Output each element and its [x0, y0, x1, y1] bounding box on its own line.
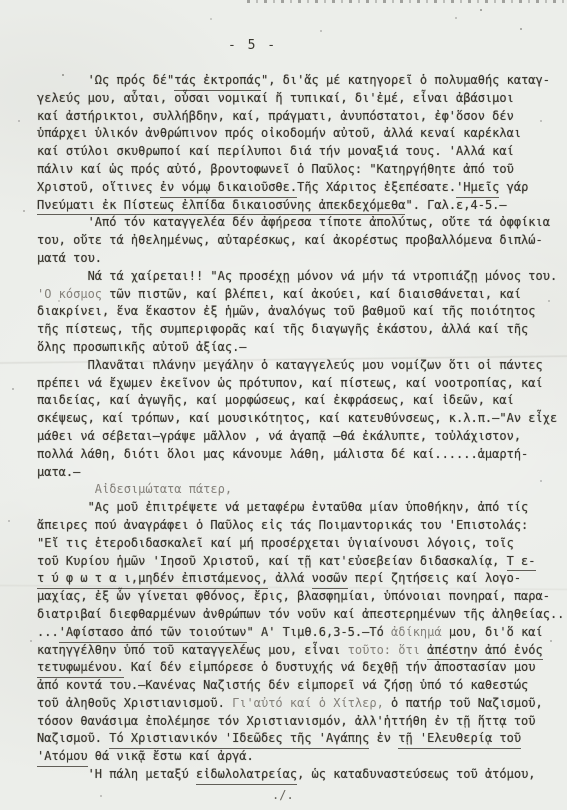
- text-line: ὑπάρχει ὑλικόν ἀνθρώπινον πρός οἰκοδομήν…: [37, 125, 557, 143]
- text-segment: ἐν: [369, 730, 398, 748]
- text-segment: ἀπό κοντά του.—Κανένας Ναζιστής δέν εἰμπ…: [37, 677, 528, 695]
- text-line: "Ας μοῦ ἐπιτρέψετε νά μεταφέρω ἐνταῦθα μ…: [37, 499, 557, 517]
- text-line: τῆς πίστεως, τῆς συμπεριφορᾶς καί τῆς δι…: [37, 321, 557, 339]
- text-line: του, οὔτε τά ἠθελημένως, αὐταρέσκως, καί…: [37, 232, 557, 250]
- text-segment: περί ζητήσεις καί λογο-: [348, 570, 521, 588]
- text-segment: καί ἀστήρικτοι, συλλήβδην, καί, πράγματι…: [37, 108, 514, 126]
- text-line: ὅλης προσωπικῆς αὐτοῦ ἀξίας.—: [37, 339, 557, 357]
- text-line: Πλανᾶται πλάνην μεγάλην ὁ καταγγελεύς μο…: [37, 357, 557, 375]
- text-line: ματά του.: [37, 250, 557, 268]
- text-line: πάλιν καί ὡς πρός αὐτό, βροντοφωνεῖ ὁ Πα…: [37, 161, 557, 179]
- text-segment: πολλά λάθη, διότι ὅλοι μας κάνουμε λάθη,…: [37, 446, 528, 464]
- text-line: πρέπει νά ἔχωμεν ἐκεῖνον ὡς πρότυπον, κα…: [37, 375, 557, 393]
- text-line: διακρίνει, ἕνα ἕκαστον ἐξ ἡμῶν, ἀναλόγως…: [37, 303, 557, 321]
- text-segment: τῶν πιστῶν, καί βλέπει, καί ἀκούει, καί …: [102, 286, 521, 304]
- text-line: καί ἀστήρικτοι, συλλήβδην, καί, πράγματι…: [37, 108, 557, 126]
- underlined-text: 'Αφίστασο ἀπό τῶν τοιούτων: [59, 624, 247, 643]
- underlined-text: τῇ 'Ελευθερίᾳ τοῦ: [398, 730, 521, 749]
- text-segment: μάθει νά σέβεται—γράψε μᾶλλον , νά ἀγαπᾷ…: [37, 428, 521, 446]
- text-line: 'Από τόν καταγγελέα δέν ἀφήρεσα τίποτε ἀ…: [37, 214, 557, 232]
- text-line: τοῦ ἀληθοῦς Χριστιανισμοῦ. Γι'αὐτό καί ὁ…: [37, 695, 557, 713]
- underlined-text: τετυφωμένου.: [37, 659, 124, 678]
- text-segment: Γι'αὐτό καί ὁ Χίτλερ,: [232, 695, 384, 713]
- text-line: σκέψεως, καί τρόπων, καί μουσικότητος, κ…: [37, 410, 557, 428]
- text-line: Ναζισμοῦ. Τό Χριστιανικόν 'Ιδεῶδες τῆς '…: [37, 730, 557, 748]
- text-segment: ". Γαλ.ε,4-5.—: [405, 197, 506, 215]
- text-line: Πνεύματι ἐκ Πίστεως ἐλπίδα δικαιοσύνης ἀ…: [37, 197, 557, 215]
- text-segment: 'Ο κόσμος: [37, 286, 102, 304]
- text-segment: ὅλης προσωπικῆς αὐτοῦ ἀξίας.—: [37, 339, 247, 357]
- text-segment: ὑπάρχει ὑλικόν ἀνθρώπινον πρός οἰκοδομήν…: [37, 125, 521, 143]
- text-segment: Νά τά χαίρεται!! "Ας προσέχῃ μόνον νά μή…: [37, 268, 557, 286]
- document-page: - 5 - 'Ως πρός δέ"τάς ἐκτροπάς", δι'ἅς μ…: [0, 0, 567, 810]
- underlined-text: Πνεύματι ἐκ Πίστεως ἐλπίδα δικαιοσύνης ἀ…: [37, 197, 405, 216]
- text-line: μαχίας, ἐξ ὧν γίνεται φθόνος, ἔρις, βλασ…: [37, 588, 557, 606]
- text-segment: καί στύλοι σκυθρωποί καί περίλυποι διά τ…: [37, 143, 514, 161]
- text-segment: 'Η πάλη μεταξύ: [37, 766, 196, 784]
- text-segment: Ναζισμοῦ.: [37, 730, 109, 748]
- text-line: 'Ατόμου θά νικᾷ ἔστω καί ἀργά.: [37, 748, 557, 766]
- text-segment: ὁ πατήρ τοῦ Ναζισμοῦ,: [384, 695, 543, 713]
- text-segment: τοῦ ἀληθοῦς Χριστιανισμοῦ.: [37, 695, 232, 713]
- text-segment: θά νικᾷ ἔστω καί ἀργά.: [88, 748, 254, 766]
- underlined-text: εἰδωλολατρείας: [196, 766, 297, 785]
- text-line: τετυφωμένου. Καί δέν εἰμπόρεσε ὁ δυστυχή…: [37, 659, 557, 677]
- text-line: 'Ως πρός δέ"τάς ἐκτροπάς", δι'ἅς μέ κατη…: [37, 72, 557, 90]
- text-segment: 'Από τόν καταγγελέα δέν ἀφήρεσα τίποτε ἀ…: [37, 214, 550, 232]
- underlined-text: Τό Χριστιανικόν 'Ιδεῶδες τῆς 'Αγάπης: [109, 730, 369, 749]
- text-segment: σκέψεως, καί τρόπων, καί μουσικότητος, κ…: [37, 410, 557, 428]
- text-segment: ἀλλά: [268, 570, 311, 588]
- underlined-text: νοσῶν: [312, 570, 348, 589]
- text-line: πολλά λάθη, διότι ὅλοι μας κάνουμε λάθη,…: [37, 446, 557, 464]
- text-segment: του, οὔτε τά ἠθελημένως, αὐταρέσκως, καί…: [37, 232, 543, 250]
- text-line: κατηγγέλθην ὑπό τοῦ καταγγελέως μου, εἶν…: [37, 642, 557, 660]
- text-segment: "Εἴ τις ἑτεροδιδασκαλεῖ καί μή προσέρχετ…: [37, 535, 514, 553]
- text-segment: 'Ως πρός δέ": [37, 72, 174, 90]
- text-segment: γελεύς μου, αὗται, οὖσαι νομικαί ἤ τυπικ…: [37, 90, 514, 108]
- underlined-text: ἐν νόμῳ δικαιοῦσθε.: [160, 179, 297, 198]
- text-line: τοῦ Κυρίου ἡμῶν 'Ιησοῦ Χριστοῦ, καί τῇ κ…: [37, 553, 557, 571]
- text-segment: μαχίας, ἐξ ὧν γίνεται φθόνος, ἔρις, βλασ…: [37, 588, 550, 606]
- photocopy-edge-noise: [247, 0, 567, 3]
- text-line: "Εἴ τις ἑτεροδιδασκαλεῖ καί μή προσέρχετ…: [37, 535, 557, 553]
- text-line: ἀπό κοντά του.—Κανένας Ναζιστής δέν εἰμπ…: [37, 677, 557, 695]
- text-line: ἄπειρες πού ἀναγράφει ὁ Παῦλος εἰς τάς Π…: [37, 517, 557, 535]
- underlined-text: Τ ε-: [507, 553, 536, 572]
- text-segment: ἀδίκημά: [391, 624, 442, 642]
- text-segment: "Ας μοῦ ἐπιτρέψετε νά μεταφέρω ἐνταῦθα μ…: [37, 499, 528, 517]
- text-line: μάθει νά σέβεται—γράψε μᾶλλον , νά ἀγαπᾷ…: [37, 428, 557, 446]
- text-segment: Πλανᾶται πλάνην μεγάλην ὁ καταγγελεύς μο…: [37, 357, 543, 375]
- text-segment: κατηγγέλθην ὑπό τοῦ καταγγελέως μου, εἶν…: [37, 642, 348, 660]
- text-segment: παιδείας, καί ἀγωγῆς, καί μορφώσεως, καί…: [37, 392, 514, 410]
- text-line: παιδείας, καί ἀγωγῆς, καί μορφώσεως, καί…: [37, 392, 557, 410]
- text-segment: ...: [37, 624, 59, 642]
- text-segment: τοῦτο: ὅτι: [348, 642, 427, 660]
- text-segment: μου, δι'ὅ καί: [442, 624, 543, 642]
- text-segment: γάρ: [499, 179, 528, 197]
- text-line: 'Η πάλη μεταξύ εἰδωλολατρείας, ὡς καταδυ…: [37, 766, 557, 784]
- text-segment: ματά του.: [37, 250, 102, 268]
- text-segment: , ὡς καταδυναστεύσεως τοῦ ἀτόμου,: [297, 766, 535, 784]
- text-line: καί στύλοι σκυθρωποί καί περίλυποι διά τ…: [37, 143, 557, 161]
- text-segment: τόσον θανάσιμα ἐπολέμησε τόν Χριστιανισμ…: [37, 713, 536, 731]
- text-segment: ἄπειρες πού ἀναγράφει ὁ Παῦλος εἰς τάς Π…: [37, 517, 528, 535]
- photocopy-speckles: [0, 0, 2, 2]
- text-segment: διακρίνει, ἕνα ἕκαστον ἐξ ἡμῶν, ἀναλόγως…: [37, 303, 536, 321]
- text-line: Αἰδεσιμώτατα πάτερ,: [37, 481, 557, 499]
- text-segment: Καί δέν εἰμπόρεσε ὁ δυστυχής νά δεχθῇ τή…: [124, 659, 536, 677]
- text-segment: " Α' Τιμθ.6,3-5.—Τό: [247, 624, 392, 642]
- text-line: ματα.—: [37, 464, 557, 482]
- text-segment: ", δι'ἅς μέ κατηγορεῖ ὁ πολυμαθής καταγ-: [261, 72, 550, 90]
- underlined-text: τ ύ φ ω τ α ι,: [37, 570, 138, 589]
- page-number: - 5 -: [228, 38, 277, 53]
- text-line: Χριστοῦ, οἵτινες ἐν νόμῳ δικαιοῦσθε.Τῆς …: [37, 179, 557, 197]
- text-line: 'Ο κόσμος τῶν πιστῶν, καί βλέπει, καί ἀκ…: [37, 286, 557, 304]
- text-line: Νά τά χαίρεται!! "Ας προσέχῃ μόνον νά μή…: [37, 268, 557, 286]
- text-segment: Τῆς Χάριτος ἐξεπέσατε.: [297, 179, 456, 197]
- continuation-mark: ./.: [272, 788, 294, 802]
- text-segment: διατριβαί διεφθαρμένων ἀνθρώπων τόν νοῦν…: [37, 606, 564, 624]
- text-segment: ματα.—: [37, 464, 80, 482]
- text-line: γελεύς μου, αὗται, οὖσαι νομικαί ἤ τυπικ…: [37, 90, 557, 108]
- text-segment: τῆς πίστεως, τῆς συμπεριφορᾶς καί τῆς δι…: [37, 321, 528, 339]
- text-line: ...'Αφίστασο ἀπό τῶν τοιούτων" Α' Τιμθ.6…: [37, 624, 557, 642]
- text-segment: πρέπει νά ἔχωμεν ἐκεῖνον ὡς πρότυπον, κα…: [37, 375, 543, 393]
- underlined-text: μηδέν ἐπιστάμενος,: [138, 570, 268, 589]
- underlined-text: τάς ἐκτροπάς: [174, 72, 261, 91]
- page-text-block: 'Ως πρός δέ"τάς ἐκτροπάς", δι'ἅς μέ κατη…: [37, 72, 557, 784]
- underlined-text: 'Ατόμου: [37, 748, 88, 767]
- text-line: διατριβαί διεφθαρμένων ἀνθρώπων τόν νοῦν…: [37, 606, 557, 624]
- text-line: τ ύ φ ω τ α ι,μηδέν ἐπιστάμενος, ἀλλά νο…: [37, 570, 557, 588]
- text-segment: Αἰδεσιμώτατα πάτερ,: [37, 481, 232, 499]
- underlined-text: 'Ημεῖς: [456, 179, 499, 198]
- text-line: τόσον θανάσιμα ἐπολέμησε τόν Χριστιανισμ…: [37, 713, 557, 731]
- text-segment: τοῦ Κυρίου ἡμῶν 'Ιησοῦ Χριστοῦ, καί τῇ κ…: [37, 553, 507, 571]
- underlined-text: ἀπέστην ἀπό ἑνός: [427, 642, 543, 661]
- text-segment: πάλιν καί ὡς πρός αὐτό, βροντοφωνεῖ ὁ Πα…: [37, 161, 514, 179]
- text-segment: Χριστοῦ, οἵτινες: [37, 179, 160, 197]
